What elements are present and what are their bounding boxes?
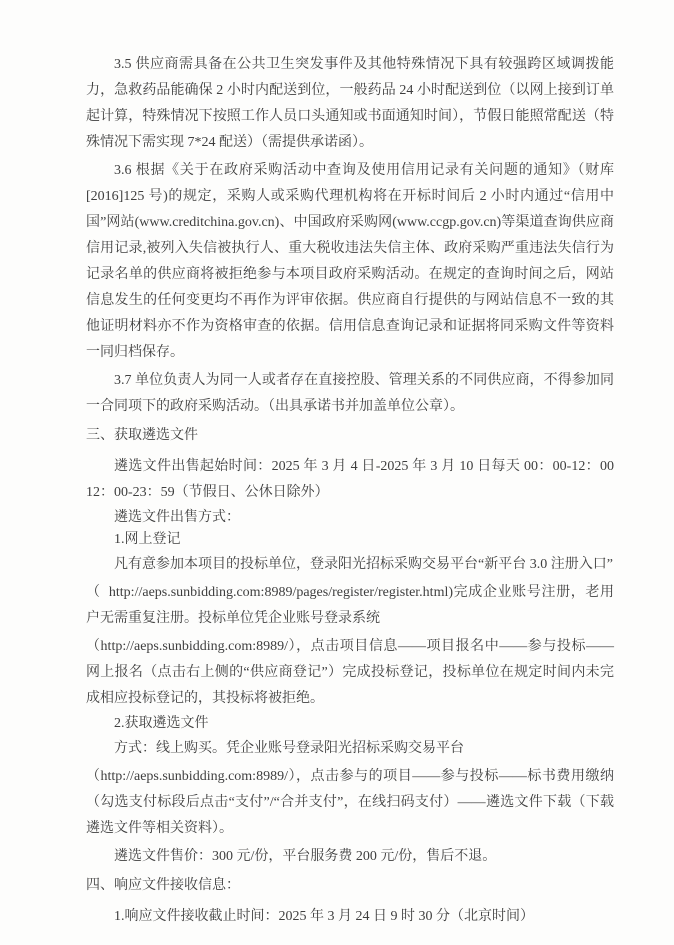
document-page: 3.5 供应商需具备在公共卫生突发事件及其他特殊情况下具有较强跨区域调拨能力，急… [0,0,674,945]
sale-time-line: 遴选文件出售起始时间：2025 年 3 月 4 日-2025 年 3 月 10 … [86,454,614,506]
purchase-method: 方式：线上购买。凭企业账号登录阳光招标采购交易平台 [86,736,614,762]
clause-3-7: 3.7 单位负责人为同一人或者存在直接控股、管理关系的不同供应商，不得参加同一合… [86,368,614,420]
clause-3-6: 3.6 根据《关于在政府采购活动中查询及使用信用记录有关问题的通知》（财库[20… [86,158,614,366]
registration-url-line: （ http://aeps.sunbidding.com:8989/pages/… [86,580,614,632]
document-body: 3.5 供应商需具备在公共卫生突发事件及其他特殊情况下具有较强跨区域调拨能力，急… [86,52,614,930]
section-3-heading: 三、获取遴选文件 [86,423,614,449]
purchase-steps: （http://aeps.sunbidding.com:8989/），点击参与的… [86,764,614,842]
receive-deadline-line: 1.响应文件接收截止时间：2025 年 3 月 24 日 9 时 30 分（北京… [86,904,614,930]
method-2-label: 2.获取遴选文件 [86,714,614,734]
method-1-label: 1.网上登记 [86,530,614,550]
registration-steps: （http://aeps.sunbidding.com:8989/），点击项目信… [86,634,614,712]
sale-method-label: 遴选文件出售方式： [86,508,614,528]
clause-3-5: 3.5 供应商需具备在公共卫生突发事件及其他特殊情况下具有较强跨区域调拨能力，急… [86,52,614,156]
file-price-line: 遴选文件售价：300 元/份，平台服务费 200 元/份，售后不退。 [86,844,614,870]
registration-intro: 凡有意参加本项目的投标单位，登录阳光招标采购交易平台“新平台 3.0 注册入口” [86,552,614,578]
section-4-heading: 四、响应文件接收信息： [86,873,614,899]
